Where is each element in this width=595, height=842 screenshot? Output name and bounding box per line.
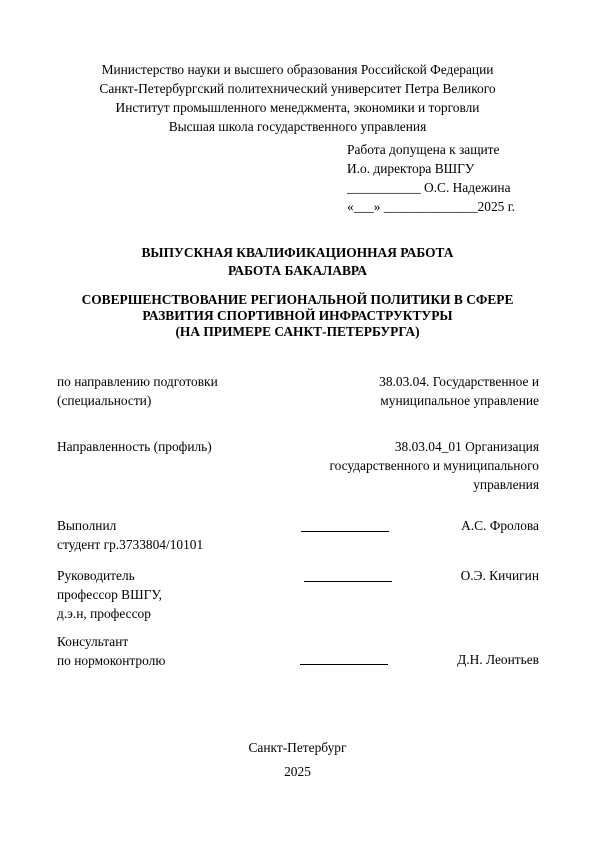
direction-value: 38.03.04. Государственное и муниципально… xyxy=(379,372,539,410)
supervisor-role-line-3: д.э.н, профессор xyxy=(57,604,162,623)
footer-city: Санкт-Петербург xyxy=(0,738,595,757)
supervisor-signature-line xyxy=(304,581,392,582)
approval-director: И.о. директора ВШГУ xyxy=(347,159,515,178)
approval-block: Работа допущена к защите И.о. директора … xyxy=(347,140,515,216)
institution-header: Министерство науки и высшего образования… xyxy=(0,60,595,136)
profile-value: 38.03.04_01 Организация государственного… xyxy=(329,437,539,494)
approval-signature: ___________ О.С. Надежина xyxy=(347,178,515,197)
work-topic: СОВЕРШЕНСТВОВАНИЕ РЕГИОНАЛЬНОЙ ПОЛИТИКИ … xyxy=(0,292,595,340)
consultant-role-line-1: Консультант xyxy=(57,632,165,651)
consultant-role-line-2: по нормоконтролю xyxy=(57,651,165,670)
direction-label-line-1: по направлению подготовки xyxy=(57,372,218,391)
profile-label-line-1: Направленность (профиль) xyxy=(57,437,212,456)
author-role: Выполнил студент гр.3733804/10101 xyxy=(57,516,203,554)
supervisor-role-line-2: профессор ВШГУ, xyxy=(57,585,162,604)
footer-year: 2025 xyxy=(0,762,595,781)
university-line: Санкт-Петербургский политехнический унив… xyxy=(0,79,595,98)
consultant-role: Консультант по нормоконтролю xyxy=(57,632,165,670)
topic-line-3: (НА ПРИМЕРЕ САНКТ-ПЕТЕРБУРГА) xyxy=(0,324,595,340)
profile-value-line-3: управления xyxy=(329,475,539,494)
direction-label: по направлению подготовки (специальности… xyxy=(57,372,218,410)
topic-line-1: СОВЕРШЕНСТВОВАНИЕ РЕГИОНАЛЬНОЙ ПОЛИТИКИ … xyxy=(0,292,595,308)
supervisor-name: О.Э. Кичигин xyxy=(461,566,539,585)
profile-value-line-1: 38.03.04_01 Организация xyxy=(329,437,539,456)
direction-label-line-2: (специальности) xyxy=(57,391,218,410)
institute-line: Институт промышленного менеджмента, экон… xyxy=(0,98,595,117)
author-signature-line xyxy=(301,531,389,532)
work-type-line-2: РАБОТА БАКАЛАВРА xyxy=(0,262,595,280)
consultant-name: Д.Н. Леонтьев xyxy=(457,650,539,669)
work-type: ВЫПУСКНАЯ КВАЛИФИКАЦИОННАЯ РАБОТА РАБОТА… xyxy=(0,244,595,280)
direction-value-line-2: муниципальное управление xyxy=(379,391,539,410)
direction-value-line-1: 38.03.04. Государственное и xyxy=(379,372,539,391)
approval-text: Работа допущена к защите xyxy=(347,140,515,159)
author-name: А.С. Фролова xyxy=(461,516,539,535)
work-type-line-1: ВЫПУСКНАЯ КВАЛИФИКАЦИОННАЯ РАБОТА xyxy=(0,244,595,262)
topic-line-2: РАЗВИТИЯ СПОРТИВНОЙ ИНФРАСТРУКТУРЫ xyxy=(0,308,595,324)
ministry-line: Министерство науки и высшего образования… xyxy=(0,60,595,79)
author-role-line-2: студент гр.3733804/10101 xyxy=(57,535,203,554)
consultant-signature-line xyxy=(300,664,388,665)
supervisor-role-line-1: Руководитель xyxy=(57,566,162,585)
school-line: Высшая школа государственного управления xyxy=(0,117,595,136)
profile-label: Направленность (профиль) xyxy=(57,437,212,456)
approval-date: «___» ______________2025 г. xyxy=(347,197,515,216)
author-role-line-1: Выполнил xyxy=(57,516,203,535)
supervisor-role: Руководитель профессор ВШГУ, д.э.н, проф… xyxy=(57,566,162,623)
profile-value-line-2: государственного и муниципального xyxy=(329,456,539,475)
